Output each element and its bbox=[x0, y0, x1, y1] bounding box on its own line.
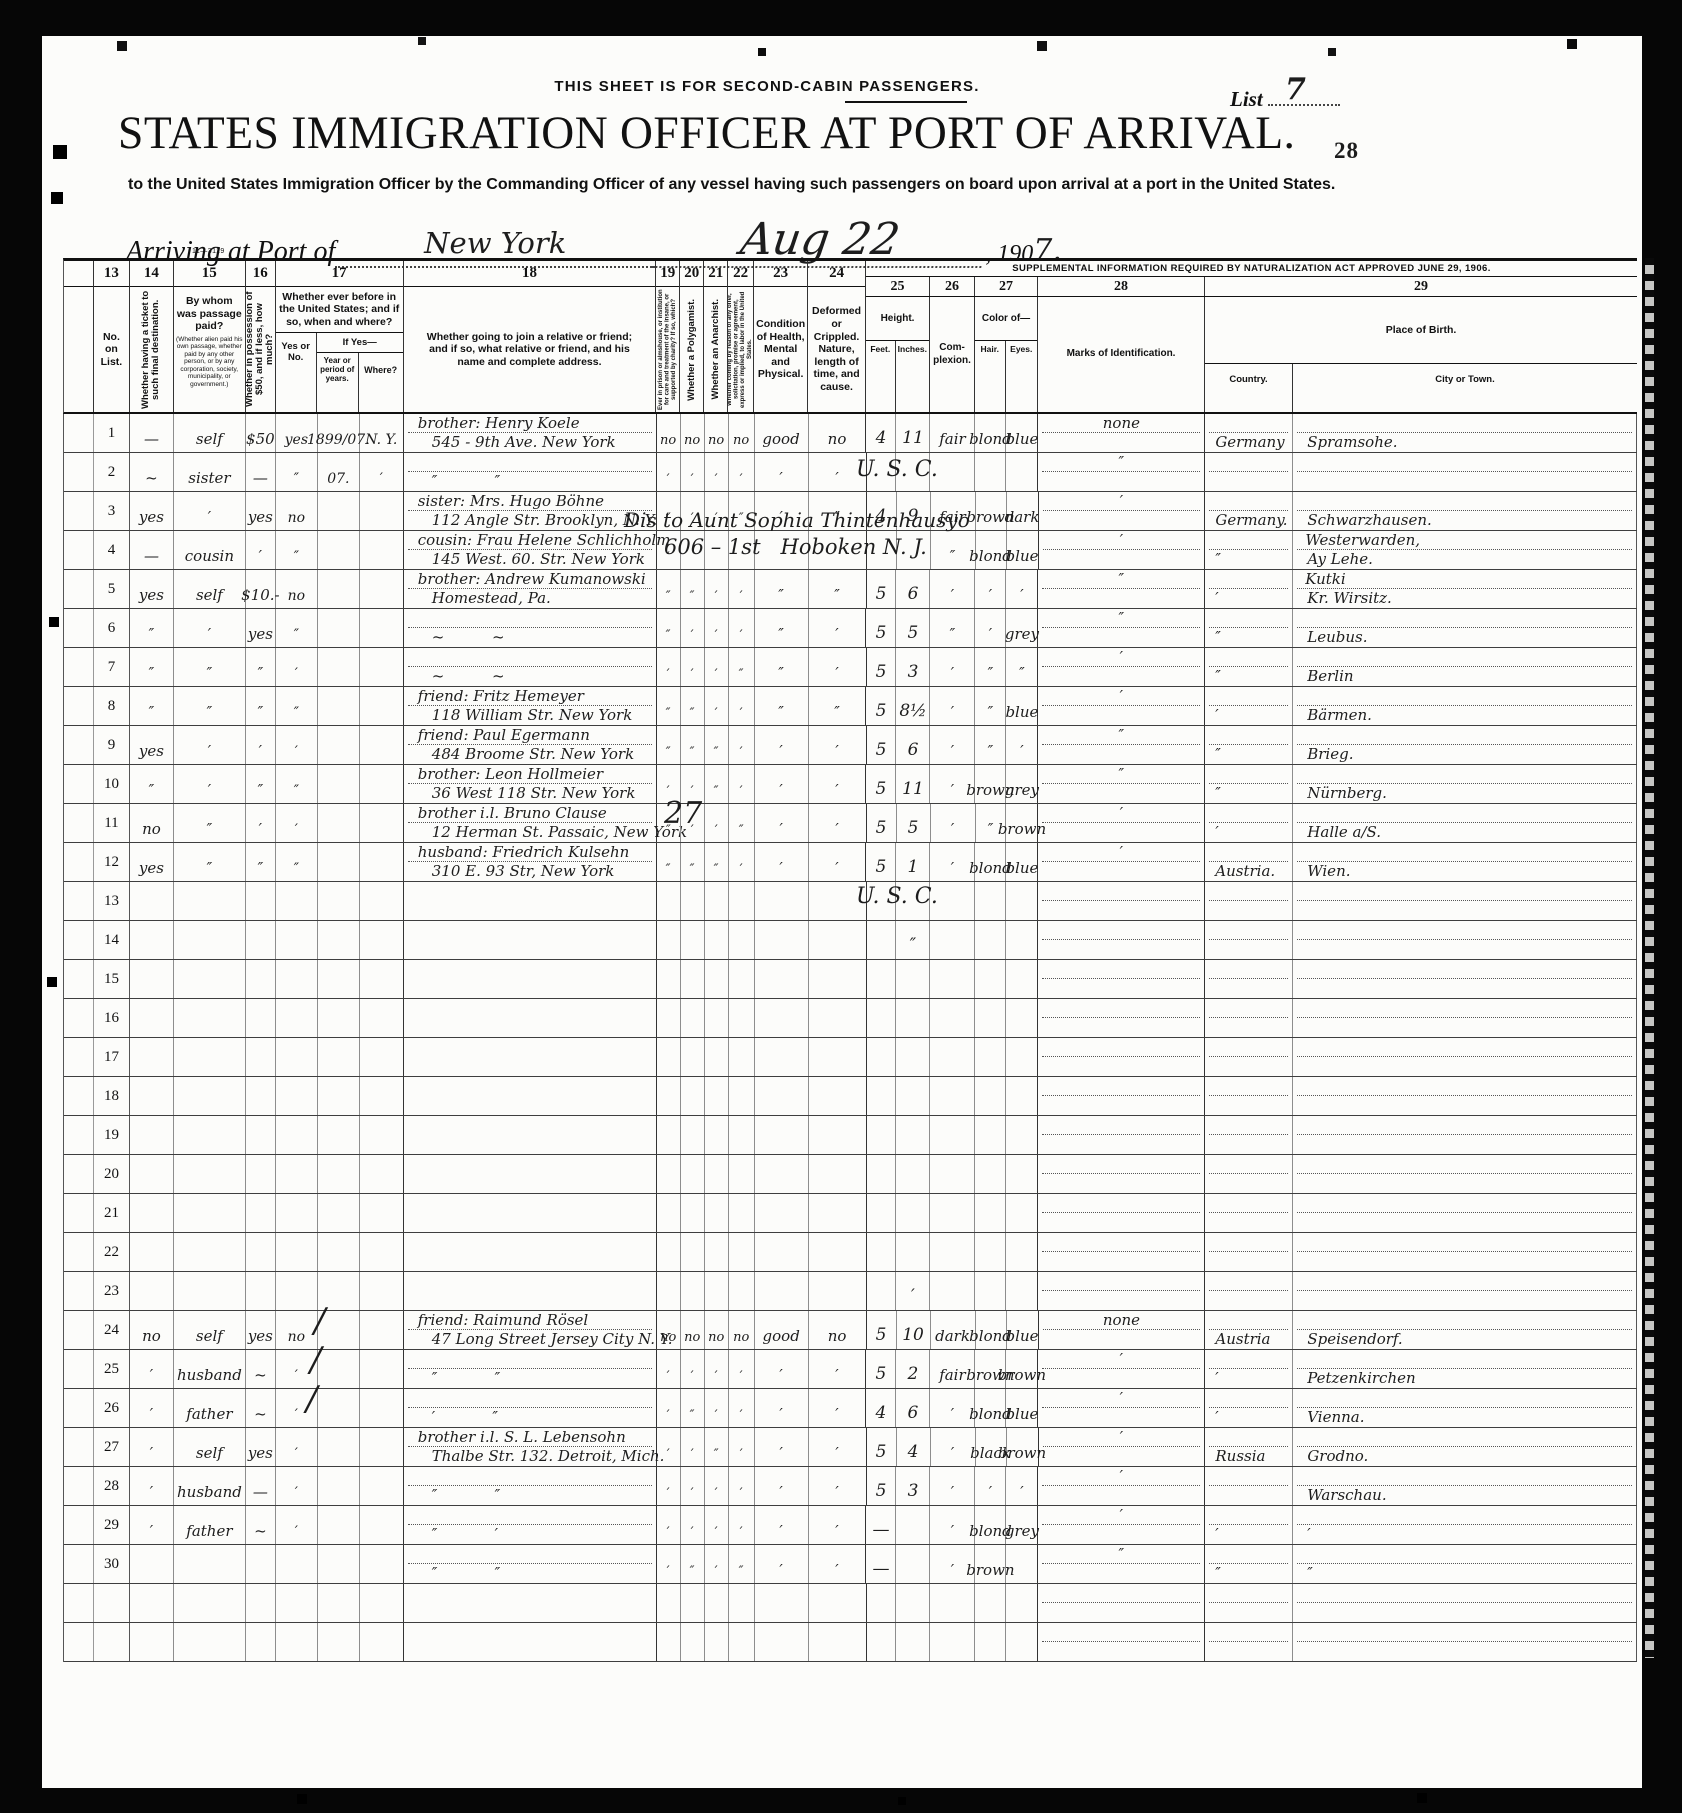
cell-height-feet: 5 bbox=[867, 726, 897, 764]
cell-birth-city bbox=[1293, 1116, 1637, 1154]
cell-birth-country bbox=[1205, 882, 1293, 920]
cell-health-condition bbox=[755, 1077, 809, 1115]
cell-relative-friend-address: brother: Henry Koele 545 - 9th Ave. New … bbox=[404, 414, 657, 452]
cell-hair-color bbox=[975, 1233, 1006, 1271]
cell-ever-before-where bbox=[360, 1506, 404, 1544]
cell-relative-friend-address: ″ ′ bbox=[404, 1506, 657, 1544]
cell-marks-of-identification: ″ bbox=[1038, 609, 1205, 647]
cell-money-possessed bbox=[246, 1194, 276, 1232]
cell-birth-city: Grodno. bbox=[1293, 1428, 1637, 1466]
cell-money-possessed: $10.- bbox=[246, 570, 276, 608]
cell-eye-color bbox=[1006, 1155, 1038, 1193]
cell-prison-almshouse: ″ bbox=[657, 687, 681, 725]
cell-ever-before-yesno: ′ bbox=[276, 804, 318, 842]
cell-prison-almshouse bbox=[657, 1233, 681, 1271]
cell-eye-color bbox=[1006, 1233, 1038, 1271]
cell-health-condition: ′ bbox=[755, 453, 809, 491]
cell-eye-color bbox=[1006, 960, 1038, 998]
cell-height-feet: 5 bbox=[866, 609, 896, 647]
column-header-27: Color of— Hair. Eyes. bbox=[975, 297, 1038, 412]
cell-deformed-crippled: ′ bbox=[809, 1389, 867, 1427]
cell-birth-country bbox=[1205, 1272, 1293, 1310]
cell-marks-of-identification: ′ bbox=[1039, 1428, 1206, 1466]
cell-health-condition bbox=[755, 1194, 809, 1232]
cell-ever-before-year bbox=[318, 726, 360, 764]
column-header-16: 16 Whether in possession of $50, and if … bbox=[246, 261, 276, 412]
cell-money-possessed: yes bbox=[246, 609, 276, 647]
cell-gutter bbox=[64, 1428, 94, 1466]
cell-hair-color: blond bbox=[975, 1506, 1006, 1544]
column-header-gutter bbox=[64, 261, 94, 412]
cell-marks-of-identification bbox=[1038, 1194, 1205, 1232]
cell-anarchist: ″ bbox=[705, 843, 729, 881]
cell-ever-before-where bbox=[360, 1311, 404, 1349]
cell-money-possessed bbox=[246, 1233, 276, 1271]
column-header-15: 15 By whom was passage paid? (Whether al… bbox=[174, 261, 246, 412]
cell-polygamist: ″ bbox=[681, 1389, 705, 1427]
cell-anarchist: ′ bbox=[705, 1389, 729, 1427]
cell-contract-labor: ′ bbox=[729, 453, 755, 491]
table-row: 23 ′ bbox=[64, 1272, 1637, 1311]
supplemental-section-header: SUPPLEMENTAL INFORMATION REQUIRED BY NAT… bbox=[866, 261, 1637, 412]
cell-ticket bbox=[130, 921, 174, 959]
cell-ever-before-where: N. Y. bbox=[360, 414, 404, 452]
cell-ever-before-year: 1899/07. bbox=[318, 414, 360, 452]
cell-birth-country: Austria bbox=[1205, 1311, 1293, 1349]
cell-money-possessed: ″ bbox=[246, 843, 276, 881]
cell-contract-labor: ′ bbox=[729, 1428, 755, 1466]
cell-hair-color bbox=[975, 1623, 1006, 1661]
cell-polygamist: ′ bbox=[681, 1350, 705, 1388]
cell-height-inches: 5 bbox=[896, 609, 930, 647]
cell-prison-almshouse: ′ bbox=[657, 1506, 681, 1544]
supplemental-banner: SUPPLEMENTAL INFORMATION REQUIRED BY NAT… bbox=[866, 261, 1637, 277]
cell-health-condition bbox=[755, 1272, 809, 1310]
cell-hair-color bbox=[975, 960, 1006, 998]
cell-relative-friend-address: ~ ~ bbox=[404, 648, 657, 686]
cell-polygamist: ′ bbox=[681, 648, 705, 686]
cell-passage-paid-by: father bbox=[174, 1506, 246, 1544]
cell-birth-country: ′ bbox=[1205, 1389, 1293, 1427]
cell-prison-almshouse: ′ bbox=[657, 1467, 681, 1505]
cell-ticket bbox=[130, 882, 174, 920]
cell-ever-before-yesno: ′ bbox=[276, 726, 318, 764]
cell-ticket: ′ bbox=[130, 1428, 174, 1466]
table-row: 13 U. S. C. bbox=[64, 882, 1637, 921]
cell-health-condition: ″ bbox=[755, 570, 809, 608]
cell-row-number: 21 bbox=[94, 1194, 130, 1232]
cell-passage-paid-by: self bbox=[174, 570, 246, 608]
cell-birth-country bbox=[1205, 1233, 1293, 1271]
cell-gutter bbox=[64, 726, 94, 764]
cell-passage-paid-by: ″ bbox=[174, 687, 246, 725]
cell-ever-before-yesno: ″ bbox=[276, 843, 318, 881]
cell-eye-color: ′ bbox=[1006, 1467, 1038, 1505]
cell-health-condition: ′ bbox=[755, 1389, 809, 1427]
cell-marks-of-identification bbox=[1038, 960, 1205, 998]
cell-money-possessed: ″ bbox=[246, 648, 276, 686]
cell-complexion: ′ bbox=[930, 687, 975, 725]
cell-birth-country: ″ bbox=[1205, 1545, 1293, 1583]
cell-eye-color bbox=[1006, 882, 1038, 920]
cell-contract-labor: no bbox=[729, 414, 755, 452]
cell-deformed-crippled bbox=[809, 1623, 867, 1661]
cell-ever-before-year bbox=[318, 765, 360, 803]
cell-prison-almshouse: ″ bbox=[657, 609, 681, 647]
cell-eye-color bbox=[1006, 1194, 1038, 1232]
cell-complexion: ′ bbox=[930, 648, 975, 686]
cell-ticket: ″ bbox=[130, 687, 174, 725]
cell-gutter bbox=[64, 843, 94, 881]
cell-row-number: 8 bbox=[94, 687, 130, 725]
table-row: 20 bbox=[64, 1155, 1637, 1194]
cell-ever-before-year bbox=[318, 687, 360, 725]
cell-ever-before-year bbox=[318, 1506, 360, 1544]
cell-ever-before-yesno: ′ bbox=[276, 648, 318, 686]
cell-health-condition bbox=[755, 1584, 809, 1622]
cell-marks-of-identification: ″ bbox=[1038, 570, 1205, 608]
cell-gutter bbox=[64, 804, 94, 842]
cell-contract-labor bbox=[729, 1077, 755, 1115]
cell-height-inches: 10 bbox=[897, 1311, 931, 1349]
cell-relative-friend-address: ′ ″ bbox=[404, 1389, 657, 1427]
cell-ever-before-yesno bbox=[276, 1155, 318, 1193]
cell-marks-of-identification: ′ bbox=[1038, 648, 1205, 686]
table-row: 10 ″ ′ ″ ″ brother: Leon Hollmeier 36 We… bbox=[64, 765, 1637, 804]
cell-height-feet bbox=[867, 1272, 897, 1310]
cell-eye-color: ′ bbox=[1006, 570, 1038, 608]
cell-row-number: 29 bbox=[94, 1506, 130, 1544]
cell-gutter bbox=[64, 999, 94, 1037]
cell-hair-color bbox=[975, 1116, 1006, 1154]
cell-health-condition bbox=[755, 1623, 809, 1661]
cell-anarchist bbox=[705, 1194, 729, 1232]
cell-polygamist: ′ bbox=[681, 1428, 705, 1466]
cell-health-condition: good bbox=[755, 414, 809, 452]
cell-marks-of-identification: ″ bbox=[1038, 1545, 1205, 1583]
cell-ever-before-where bbox=[360, 960, 404, 998]
cell-money-possessed: yes bbox=[246, 1311, 276, 1349]
cell-ever-before-where bbox=[360, 1389, 404, 1427]
cell-passage-paid-by: ′ bbox=[174, 492, 246, 530]
cell-eye-color: ′ bbox=[1006, 726, 1038, 764]
cell-ever-before-where bbox=[360, 765, 404, 803]
cell-height-inches: ′ bbox=[896, 1272, 930, 1310]
cell-anarchist bbox=[705, 1077, 729, 1115]
cell-health-condition: ′ bbox=[755, 765, 809, 803]
cell-ever-before-where bbox=[360, 687, 404, 725]
cell-polygamist bbox=[681, 1233, 705, 1271]
cell-row-number: 28 bbox=[94, 1467, 130, 1505]
cell-money-possessed: ~ bbox=[246, 1350, 276, 1388]
cell-birth-city: Leubus. bbox=[1293, 609, 1637, 647]
cell-complexion bbox=[930, 999, 975, 1037]
cell-birth-country: Germany. bbox=[1205, 492, 1293, 530]
cell-polygamist bbox=[681, 1155, 705, 1193]
cell-ever-before-where bbox=[360, 843, 404, 881]
column-header-17: 17 Whether ever before in the United Sta… bbox=[276, 261, 404, 412]
cell-passage-paid-by: cousin bbox=[174, 531, 246, 569]
cell-contract-labor: ′ bbox=[729, 1506, 755, 1544]
cell-contract-labor bbox=[729, 1272, 755, 1310]
cell-marks-of-identification: ″ bbox=[1038, 765, 1205, 803]
cell-passage-paid-by bbox=[174, 960, 246, 998]
cell-ever-before-yesno bbox=[276, 1038, 318, 1076]
cell-row-number bbox=[94, 1584, 130, 1622]
cell-anarchist bbox=[705, 1155, 729, 1193]
cell-prison-almshouse: ′ bbox=[657, 648, 681, 686]
cell-relative-friend-address bbox=[404, 1155, 657, 1193]
cell-gutter bbox=[64, 648, 94, 686]
cell-contract-labor: ″ bbox=[729, 648, 755, 686]
cell-complexion: ′ bbox=[931, 1428, 976, 1466]
cell-passage-paid-by bbox=[174, 999, 246, 1037]
cell-contract-labor: ′ bbox=[729, 687, 755, 725]
cell-deformed-crippled: ′ bbox=[809, 1506, 867, 1544]
cell-complexion: ′ bbox=[930, 570, 975, 608]
cell-ever-before-where bbox=[360, 1428, 404, 1466]
cell-relative-friend-address bbox=[404, 1194, 657, 1232]
cell-health-condition: ′ bbox=[755, 726, 809, 764]
cell-ever-before-yesno: ″ bbox=[276, 687, 318, 725]
cell-deformed-crippled: ″ bbox=[809, 570, 867, 608]
cell-gutter bbox=[64, 1545, 94, 1583]
column-header-26: Com- plexion. bbox=[930, 297, 975, 412]
column-header-25-inches: Inches. bbox=[896, 341, 929, 412]
cell-ever-before-where bbox=[360, 1038, 404, 1076]
cell-birth-city: Warschau. bbox=[1293, 1467, 1637, 1505]
cell-polygamist bbox=[681, 1194, 705, 1232]
cell-ever-before-where bbox=[360, 882, 404, 920]
cell-ever-before-yesno: ′ bbox=[276, 1506, 318, 1544]
cell-hair-color: blond bbox=[975, 1389, 1006, 1427]
cell-prison-almshouse: ′ bbox=[657, 453, 681, 491]
cell-birth-city: Spramsohe. bbox=[1293, 414, 1637, 452]
cell-passage-paid-by bbox=[174, 1077, 246, 1115]
cell-polygamist: ′ bbox=[681, 609, 705, 647]
cell-money-possessed: ~ bbox=[246, 1506, 276, 1544]
cell-money-possessed bbox=[246, 1155, 276, 1193]
cell-polygamist: ″ bbox=[681, 726, 705, 764]
cell-ticket bbox=[130, 1155, 174, 1193]
cell-birth-country bbox=[1205, 1077, 1293, 1115]
cell-row-number: 27 bbox=[94, 1428, 130, 1466]
cell-gutter bbox=[64, 1467, 94, 1505]
cell-prison-almshouse: ″ bbox=[657, 843, 681, 881]
cell-marks-of-identification: ′ bbox=[1038, 1389, 1205, 1427]
cell-height-inches bbox=[896, 1116, 930, 1154]
cell-birth-country bbox=[1205, 921, 1293, 959]
table-row: 3 yes ′ yes no sister: Mrs. Hugo Böhne 1… bbox=[64, 492, 1637, 531]
cell-birth-city: ″ bbox=[1293, 1545, 1637, 1583]
cell-health-condition bbox=[755, 1155, 809, 1193]
cell-polygamist: no bbox=[681, 414, 705, 452]
cell-money-possessed bbox=[246, 999, 276, 1037]
table-row: 14 ″ bbox=[64, 921, 1637, 960]
cell-ever-before-where bbox=[360, 726, 404, 764]
cell-ticket: ~ bbox=[130, 453, 174, 491]
cell-health-condition: ′ bbox=[755, 1428, 809, 1466]
cell-prison-almshouse bbox=[657, 921, 681, 959]
table-row: 24 no self yes no friend: Raimund Rösel … bbox=[64, 1311, 1637, 1350]
column-header-23: 23 Condition of Health, Mental and Physi… bbox=[754, 261, 808, 412]
cell-eye-color bbox=[1006, 921, 1038, 959]
cell-relative-friend-address: ~ ~ bbox=[404, 609, 657, 647]
cell-row-number: 18 bbox=[94, 1077, 130, 1115]
cell-ever-before-where bbox=[360, 1155, 404, 1193]
cell-height-feet bbox=[867, 1233, 897, 1271]
cell-health-condition: ″ bbox=[755, 609, 809, 647]
cell-ever-before-year bbox=[318, 1467, 360, 1505]
cell-height-feet bbox=[867, 1194, 897, 1232]
cell-gutter bbox=[64, 1506, 94, 1544]
cell-ever-before-year bbox=[318, 1623, 360, 1661]
cell-height-feet bbox=[867, 1584, 897, 1622]
cell-gutter bbox=[64, 687, 94, 725]
cell-height-feet: 5 bbox=[866, 687, 896, 725]
cell-ever-before-year bbox=[318, 1077, 360, 1115]
table-row: 4 — cousin ′ ″ cousin: Frau Helene Schli… bbox=[64, 531, 1637, 570]
cell-contract-labor: ′ bbox=[729, 609, 755, 647]
cell-ever-before-where bbox=[360, 1467, 404, 1505]
cell-eye-color bbox=[1006, 1272, 1038, 1310]
cell-passage-paid-by: self bbox=[174, 1311, 246, 1349]
cell-ever-before-where bbox=[360, 1077, 404, 1115]
cell-prison-almshouse bbox=[657, 1194, 681, 1232]
table-row: 28 ′ husband — ′ ″ ″ ′ ′ ′ ′ ′ ′ 5 3 ′ ′… bbox=[64, 1467, 1637, 1506]
cell-birth-country: Austria. bbox=[1205, 843, 1293, 881]
cell-health-condition bbox=[755, 1038, 809, 1076]
cell-height-inches bbox=[896, 999, 930, 1037]
page-subtitle: to the United States Immigration Officer… bbox=[128, 176, 1368, 194]
cell-prison-almshouse bbox=[657, 1584, 681, 1622]
cell-anarchist: ′ bbox=[705, 804, 729, 842]
column-header-19: 19 Ever in prison or almshouse, or insti… bbox=[656, 261, 680, 412]
cell-birth-city: Petzenkirchen bbox=[1293, 1350, 1637, 1388]
cell-gutter bbox=[64, 609, 94, 647]
cell-height-inches: 11 bbox=[896, 765, 930, 803]
cell-relative-friend-address bbox=[404, 960, 657, 998]
column-header-27-eyes: Eyes. bbox=[1006, 341, 1037, 412]
cell-row-number: 5 bbox=[94, 570, 130, 608]
table-row bbox=[64, 1623, 1637, 1662]
handwritten-annotation: 27 bbox=[664, 796, 702, 831]
cell-deformed-crippled: ′ bbox=[809, 726, 867, 764]
cell-row-number: 30 bbox=[94, 1545, 130, 1583]
cell-anarchist bbox=[705, 1584, 729, 1622]
cell-row-number: 26 bbox=[94, 1389, 130, 1427]
cell-ever-before-where: ′ bbox=[360, 453, 404, 491]
cell-relative-friend-address bbox=[404, 1272, 657, 1310]
cell-ever-before-yesno bbox=[276, 1077, 318, 1115]
cell-birth-country: ″ bbox=[1205, 531, 1293, 569]
column-header-17-where: Where? bbox=[359, 353, 403, 412]
cell-passage-paid-by bbox=[174, 1155, 246, 1193]
list-number-handwritten: 7 bbox=[1285, 72, 1306, 107]
cell-gutter bbox=[64, 960, 94, 998]
cell-health-condition: ″ bbox=[755, 648, 809, 686]
cell-height-feet: 5 bbox=[866, 1350, 896, 1388]
cell-birth-country: ′ bbox=[1205, 570, 1293, 608]
cell-ticket bbox=[130, 1077, 174, 1115]
table-row: 8 ″ ″ ″ ″ friend: Fritz Hemeyer 118 Will… bbox=[64, 687, 1637, 726]
cell-row-number: 15 bbox=[94, 960, 130, 998]
cell-ever-before-year bbox=[318, 1233, 360, 1271]
table-row: 2 ~ sister — ″ 07. ′ ″ ″ ′ ′ ′ ′ ′ ′ ″ bbox=[64, 453, 1637, 492]
cell-ever-before-year bbox=[318, 1350, 360, 1388]
cell-birth-country bbox=[1205, 1467, 1293, 1505]
cell-height-inches bbox=[896, 1038, 930, 1076]
cell-money-possessed: ′ bbox=[246, 531, 276, 569]
cell-ever-before-where bbox=[360, 999, 404, 1037]
cell-height-feet bbox=[867, 921, 897, 959]
cell-ticket: ′ bbox=[130, 1389, 174, 1427]
cell-row-number: 4 bbox=[94, 531, 130, 569]
cell-hair-color bbox=[975, 1584, 1006, 1622]
cell-money-possessed: yes bbox=[246, 1428, 276, 1466]
cell-birth-city bbox=[1293, 1623, 1637, 1661]
cell-money-possessed: ~ bbox=[246, 1389, 276, 1427]
cell-eye-color: brown bbox=[1006, 804, 1038, 842]
cell-prison-almshouse bbox=[657, 960, 681, 998]
cell-complexion bbox=[930, 1194, 975, 1232]
cell-ever-before-yesno: ′ bbox=[276, 1467, 318, 1505]
cell-money-possessed: ″ bbox=[246, 687, 276, 725]
cell-height-feet: 5 bbox=[867, 804, 897, 842]
cell-height-feet bbox=[867, 1038, 897, 1076]
cell-health-condition: ′ bbox=[755, 1350, 809, 1388]
cell-height-feet bbox=[867, 1116, 897, 1154]
cell-prison-almshouse: ′ bbox=[657, 1545, 681, 1583]
cell-marks-of-identification: ′ bbox=[1038, 1506, 1205, 1544]
cell-hair-color bbox=[975, 882, 1006, 920]
table-row: 17 bbox=[64, 1038, 1637, 1077]
cell-ever-before-yesno bbox=[276, 999, 318, 1037]
column-header-18: 18 Whether going to join a relative or f… bbox=[404, 261, 657, 412]
cell-gutter bbox=[64, 414, 94, 452]
table-row: 11 no ″ ′ ′ brother i.l. Bruno Clause 12… bbox=[64, 804, 1637, 843]
cell-contract-labor: ′ bbox=[729, 765, 755, 803]
cell-marks-of-identification: ′ bbox=[1038, 804, 1205, 842]
cell-birth-country: ′ bbox=[1205, 1506, 1293, 1544]
cell-eye-color: grey bbox=[1006, 765, 1038, 803]
cell-row-number: 1 bbox=[94, 414, 130, 452]
cell-row-number: 22 bbox=[94, 1233, 130, 1271]
cell-ever-before-yesno: ″ bbox=[276, 531, 318, 569]
cell-hair-color: blond bbox=[976, 531, 1007, 569]
cell-deformed-crippled: ′ bbox=[809, 1467, 867, 1505]
cell-ever-before-year bbox=[318, 531, 360, 569]
cell-contract-labor: ″ bbox=[729, 804, 755, 842]
cell-ticket: — bbox=[130, 531, 174, 569]
cell-ever-before-where bbox=[360, 531, 404, 569]
cell-complexion: ″ bbox=[930, 609, 975, 647]
cell-birth-city: Bärmen. bbox=[1293, 687, 1637, 725]
cell-eye-color: dark bbox=[1007, 492, 1039, 530]
cell-ever-before-year bbox=[318, 1545, 360, 1583]
cell-gutter bbox=[64, 492, 94, 530]
cell-marks-of-identification: ″ bbox=[1038, 726, 1205, 764]
cell-height-feet bbox=[867, 1077, 897, 1115]
cell-birth-city: Wien. bbox=[1293, 843, 1637, 881]
cell-money-possessed bbox=[246, 1116, 276, 1154]
cell-money-possessed: ″ bbox=[246, 765, 276, 803]
cell-deformed-crippled bbox=[809, 960, 867, 998]
cell-row-number: 25 bbox=[94, 1350, 130, 1388]
column-header-28: Marks of Identification. bbox=[1038, 297, 1205, 412]
cell-height-feet: — bbox=[866, 1506, 896, 1544]
column-header-20: 20 Whether a Polygamist. bbox=[680, 261, 704, 412]
